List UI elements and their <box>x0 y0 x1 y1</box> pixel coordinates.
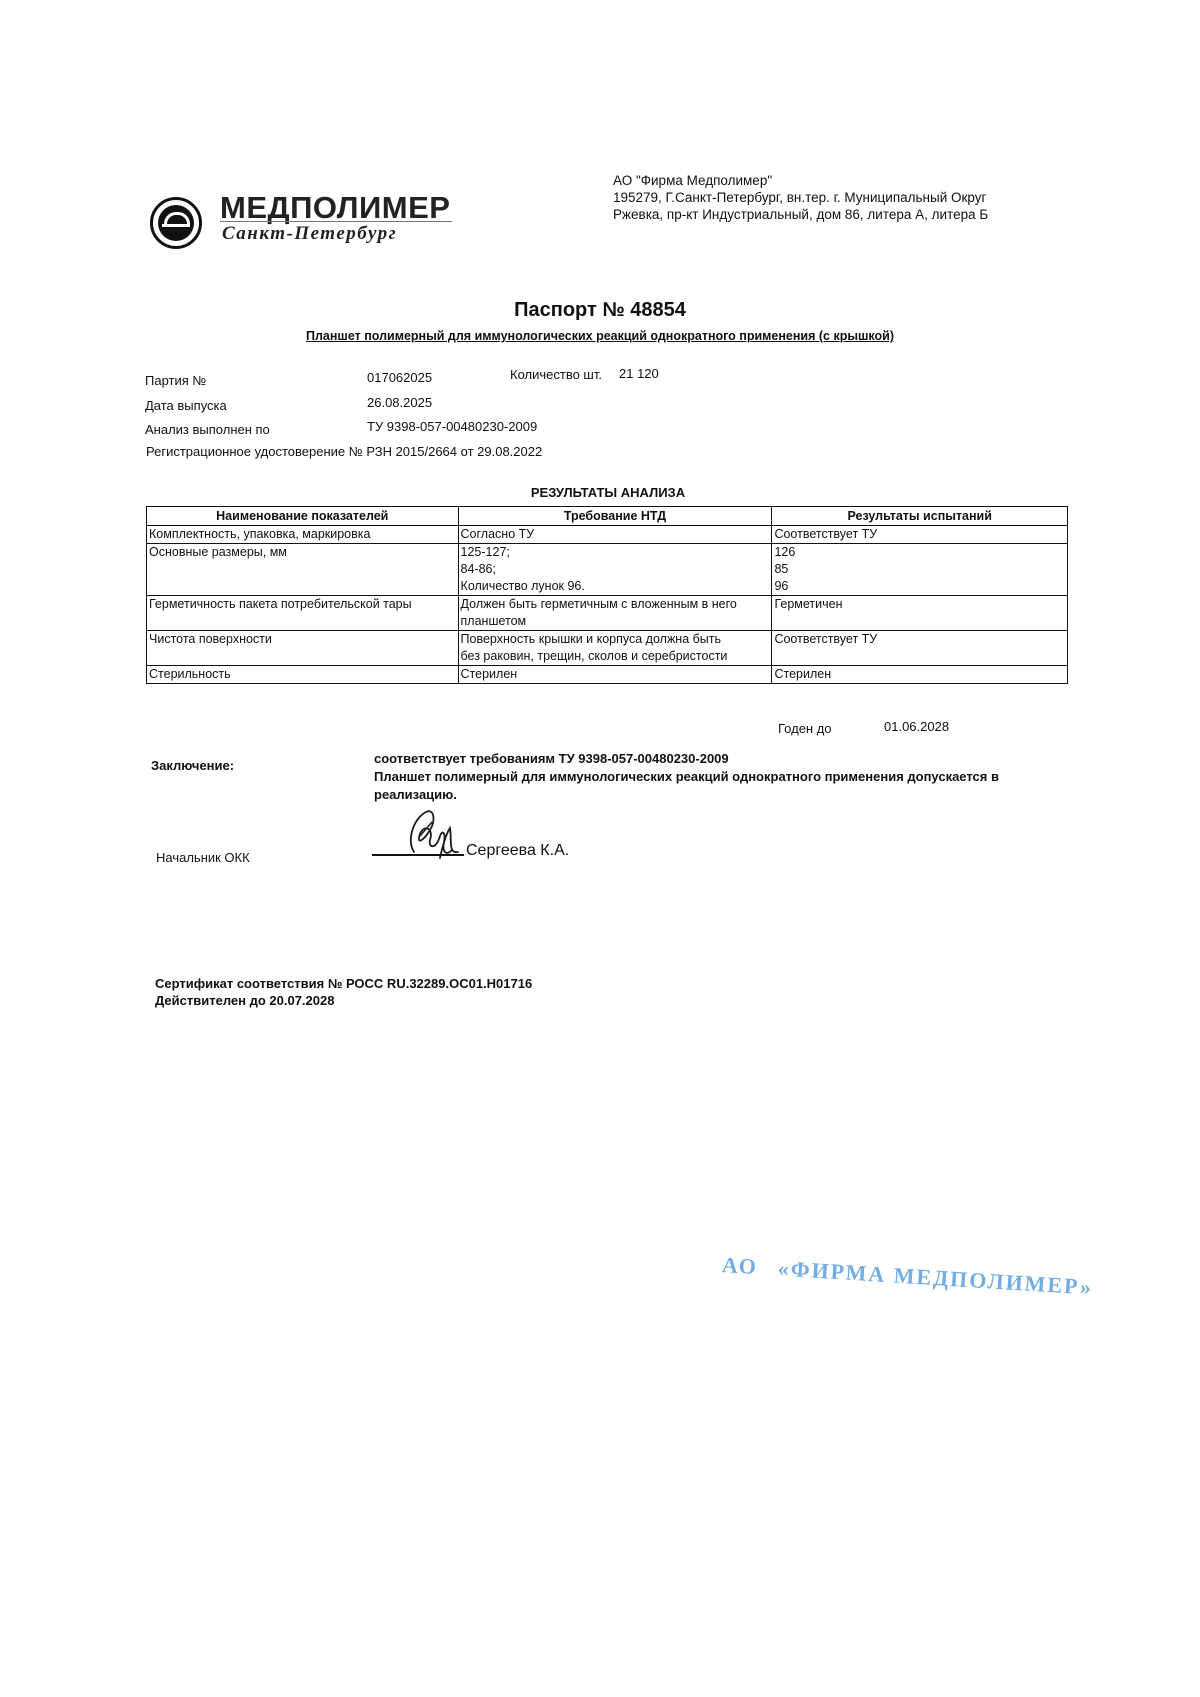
result-cell: Соответствует ТУ <box>772 631 1068 666</box>
quantity-value: 21 120 <box>619 366 659 381</box>
table-header-row: Наименование показателей Требование НТД … <box>147 507 1068 526</box>
result-line: 85 <box>774 561 1065 578</box>
company-address-line1: 195279, Г.Санкт-Петербург, вн.тер. г. Му… <box>613 189 988 206</box>
result-line: Стерилен <box>774 666 1065 683</box>
requirement-line: 125-127; <box>461 544 770 561</box>
indicator-cell: Комплектность, упаковка, маркировка <box>147 526 459 544</box>
column-header-indicator: Наименование показателей <box>147 507 459 526</box>
result-cell: 126 85 96 <box>772 544 1068 596</box>
result-cell: Стерилен <box>772 666 1068 684</box>
conclusion-line: реализацию. <box>374 786 1054 804</box>
conclusion-text: соответствует требованиям ТУ 9398-057-00… <box>374 750 1054 804</box>
certificate-validity: Действителен до 20.07.2028 <box>155 992 532 1009</box>
product-name: Планшет полимерный для иммунологических … <box>0 329 1200 343</box>
expiry-label: Годен до <box>778 721 832 736</box>
certificate-block: Сертификат соответствия № РОСС RU.32289.… <box>155 975 532 1009</box>
stamp-company-name: «ФИРМА МЕДПОЛИМЕР» <box>777 1255 1094 1299</box>
stamp-prefix: АО <box>721 1252 758 1279</box>
company-name: АО "Фирма Медполимер" <box>613 172 988 189</box>
requirement-line: Количество лунок 96. <box>461 578 770 595</box>
logo-divider <box>220 221 452 222</box>
requirement-cell: Поверхность крышки и корпуса должна быть… <box>458 631 772 666</box>
table-row: Комплектность, упаковка, маркировка Согл… <box>147 526 1068 544</box>
result-line: 126 <box>774 544 1065 561</box>
requirement-line: 84-86; <box>461 561 770 578</box>
requirement-cell: Стерилен <box>458 666 772 684</box>
analysis-value: ТУ 9398-057-00480230-2009 <box>367 419 537 434</box>
company-address-line2: Ржевка, пр-кт Индустриальный, дом 86, ли… <box>613 206 988 223</box>
expiry-value: 01.06.2028 <box>884 719 949 734</box>
logo-city: Санкт-Петербург <box>222 223 397 245</box>
result-line: Соответствует ТУ <box>774 526 1065 543</box>
column-header-result: Результаты испытаний <box>772 507 1068 526</box>
company-address-block: АО "Фирма Медполимер" 195279, Г.Санкт-Пе… <box>613 172 988 223</box>
conclusion-line: соответствует требованиям ТУ 9398-057-00… <box>374 750 1054 768</box>
table-row: Чистота поверхности Поверхность крышки и… <box>147 631 1068 666</box>
handwritten-signature-icon <box>400 806 470 866</box>
result-line: Соответствует ТУ <box>774 631 1065 648</box>
batch-label: Партия № <box>145 373 206 388</box>
batch-value: 017062025 <box>367 370 432 385</box>
quantity-label: Количество шт. <box>510 367 602 382</box>
document-title: Паспорт № 48854 <box>0 299 1200 322</box>
indicator-cell: Чистота поверхности <box>147 631 459 666</box>
column-header-requirement: Требование НТД <box>458 507 772 526</box>
requirement-line: планшетом <box>461 613 770 630</box>
result-line: 96 <box>774 578 1065 595</box>
table-row: Основные размеры, мм 125-127; 84-86; Кол… <box>147 544 1068 596</box>
requirement-line: Должен быть герметичным с вложенным в не… <box>461 596 770 613</box>
result-cell: Герметичен <box>772 596 1068 631</box>
requirement-line: Стерилен <box>461 666 770 683</box>
result-line: Герметичен <box>774 596 1065 613</box>
conclusion-line: Планшет полимерный для иммунологических … <box>374 768 1054 786</box>
certificate-number: Сертификат соответствия № РОСС RU.32289.… <box>155 975 532 992</box>
release-date-label: Дата выпуска <box>145 398 227 413</box>
signatory-name: Сергеева К.А. <box>466 842 569 860</box>
requirement-cell: Должен быть герметичным с вложенным в не… <box>458 596 772 631</box>
conclusion-label: Заключение: <box>151 758 234 773</box>
company-stamp: АО«ФИРМА МЕДПОЛИМЕР» <box>721 1252 1094 1301</box>
requirement-cell: Согласно ТУ <box>458 526 772 544</box>
requirement-cell: 125-127; 84-86; Количество лунок 96. <box>458 544 772 596</box>
result-cell: Соответствует ТУ <box>772 526 1068 544</box>
indicator-cell: Герметичность пакета потребительской тар… <box>147 596 459 631</box>
indicator-cell: Основные размеры, мм <box>147 544 459 596</box>
results-section-title: РЕЗУЛЬТАТЫ АНАЛИЗА <box>0 485 1200 500</box>
indicator-cell: Стерильность <box>147 666 459 684</box>
table-row: Герметичность пакета потребительской тар… <box>147 596 1068 631</box>
requirement-line: Поверхность крышки и корпуса должна быть <box>461 631 770 648</box>
company-logo-icon <box>150 197 202 249</box>
registration-certificate: Регистрационное удостоверение № РЗН 2015… <box>146 444 542 459</box>
requirement-line: без раковин, трещин, сколов и серебристо… <box>461 648 770 665</box>
analysis-label: Анализ выполнен по <box>145 422 270 437</box>
results-table: Наименование показателей Требование НТД … <box>146 506 1068 684</box>
requirement-line: Согласно ТУ <box>461 526 770 543</box>
table-row: Стерильность Стерилен Стерилен <box>147 666 1068 684</box>
release-date-value: 26.08.2025 <box>367 395 432 410</box>
signatory-role: Начальник ОКК <box>156 850 250 865</box>
